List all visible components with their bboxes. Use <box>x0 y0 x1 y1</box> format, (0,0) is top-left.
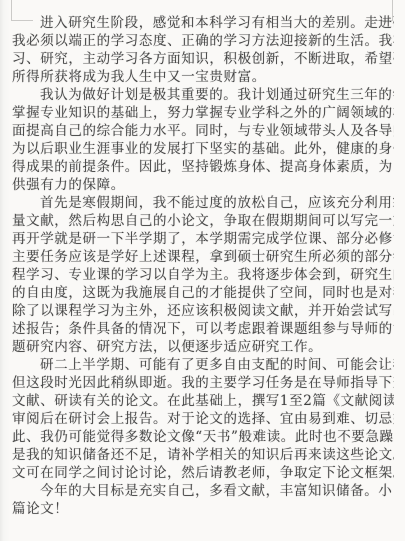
paragraph: 进入研究生阶段，感觉和本科学习有相当大的差别。走进研究生学习新阶段， 我必须以端… <box>12 14 394 86</box>
text-line: 面提高自己的综合能力水平。同时，与专业领域带头人及各导师保持良好的关系， <box>12 122 394 140</box>
text-line: 所得所获将成为我人生中又一宝贵财富。 <box>12 68 394 86</box>
paragraph: 研二上半学期、可能有了更多自由支配的时间、可能会让我感到轻松和愉快， 但这段时光… <box>12 356 394 482</box>
text-line: 首先是寒假期间，我不能过度的放松自己，应该充分利用寒假时间，阅读大 <box>12 194 394 212</box>
text-line: 题研究内容、研究方法，以便逐步适应研究工作。 <box>12 338 394 356</box>
paragraph: 今年的大目标是充实自己，多看文献，丰富知识储备。小目标是成功发表一 篇论文！ <box>12 482 394 518</box>
text-line: 此、我仍可能觉得多数论文像“天书”般难读。此时也不要急躁、多半原因可能 <box>12 428 394 446</box>
text-line: 文可在同学之间讨论讨论，然后请教老师，争取定下论文框架。 <box>12 464 394 482</box>
text-line: 进入研究生阶段，感觉和本科学习有相当大的差别。走进研究生学习新阶段， <box>12 14 394 32</box>
text-line: 我认为做好计划是极其重要的。我计划通过研究生三年的学习时间，在学习 <box>12 86 394 104</box>
text-line: 主要任务应该是学好上述课程，拿到硕士研究生所必须的部分学分。完成剩余课 <box>12 248 394 266</box>
document-page: 进入研究生阶段，感觉和本科学习有相当大的差别。走进研究生学习新阶段， 我必须以端… <box>0 0 405 541</box>
text-line: 供强有力的保障。 <box>12 176 394 194</box>
text-line: 程学习、专业课的学习以自学为主。我将逐步体会到，研究生的学习有越来越多 <box>12 266 394 284</box>
text-line: 除了以课程学习为主外，还应该积极阅读文献，并开始尝试写出1－2篇文献综 <box>12 302 394 320</box>
text-line: 我必须以端正的学习态度、正确的学习方法迎接新的生活。我将尝试着跨领域学 <box>12 32 394 50</box>
text-line: 今年的大目标是充实自己，多看文献，丰富知识储备。小目标是成功发表一 <box>12 482 394 500</box>
text-line: 篇论文！ <box>12 500 394 518</box>
text-line: 的自由度，这既为我施展自己的才能提供了空间，同时也是对我学习能力的考验。 <box>12 284 394 302</box>
text-line: 得成果的前提条件。因此，坚持锻炼身体、提高身体素质，为以后的学习生活提 <box>12 158 394 176</box>
paragraph: 我认为做好计划是极其重要的。我计划通过研究生三年的学习时间，在学习 掌握专业知识… <box>12 86 394 194</box>
text-line: 习、研究，主动学习各方面知识，积极创新，不断进取，希望研究生三年生涯中 <box>12 50 394 68</box>
document-text-area: 进入研究生阶段，感觉和本科学习有相当大的差别。走进研究生学习新阶段， 我必须以端… <box>12 14 394 518</box>
text-line: 审阅后在研讨会上报告。对于论文的选择、宜由易到难、切忌好高骛远。尽管如 <box>12 410 394 428</box>
text-line: 再开学就是研一下半学期了，本学期需完成学位课、部分必修课和选修课的学习， <box>12 230 394 248</box>
text-line: 是我的知识储备还不足，请补学相关的知识后再来读这些论文。遇到读不懂的论 <box>12 446 394 464</box>
text-line: 量文献，然后构思自己的小论文，争取在假期期间可以写完一篇论文。 <box>12 212 394 230</box>
text-line: 研二上半学期、可能有了更多自由支配的时间、可能会让我感到轻松和愉快， <box>12 356 394 374</box>
text-line: 掌握专业知识的基础上，努力掌握专业学科之外的广阔领域的相关知识体系，全 <box>12 104 394 122</box>
text-line: 文献、研读有关的论文。在此基础上，撰写1至2篇《文献阅读报告》，请导师 <box>12 392 394 410</box>
paragraph: 首先是寒假期间，我不能过度的放松自己，应该充分利用寒假时间，阅读大 量文献，然后… <box>12 194 394 230</box>
paragraph: 再开学就是研一下半学期了，本学期需完成学位课、部分必修课和选修课的学习， 主要任… <box>12 230 394 356</box>
text-line: 为以后职业生涯事业的发展打下坚实的基础。此外，健康的身体状况是学习者取 <box>12 140 394 158</box>
text-line: 但这段时光因此稍纵即逝。我的主要学习任务是在导师指导下查阅本方向的新近 <box>12 374 394 392</box>
text-line: 述报告；条件具备的情况下，可以考虑跟着课题组参与导师的课题，逐步了解课 <box>12 320 394 338</box>
